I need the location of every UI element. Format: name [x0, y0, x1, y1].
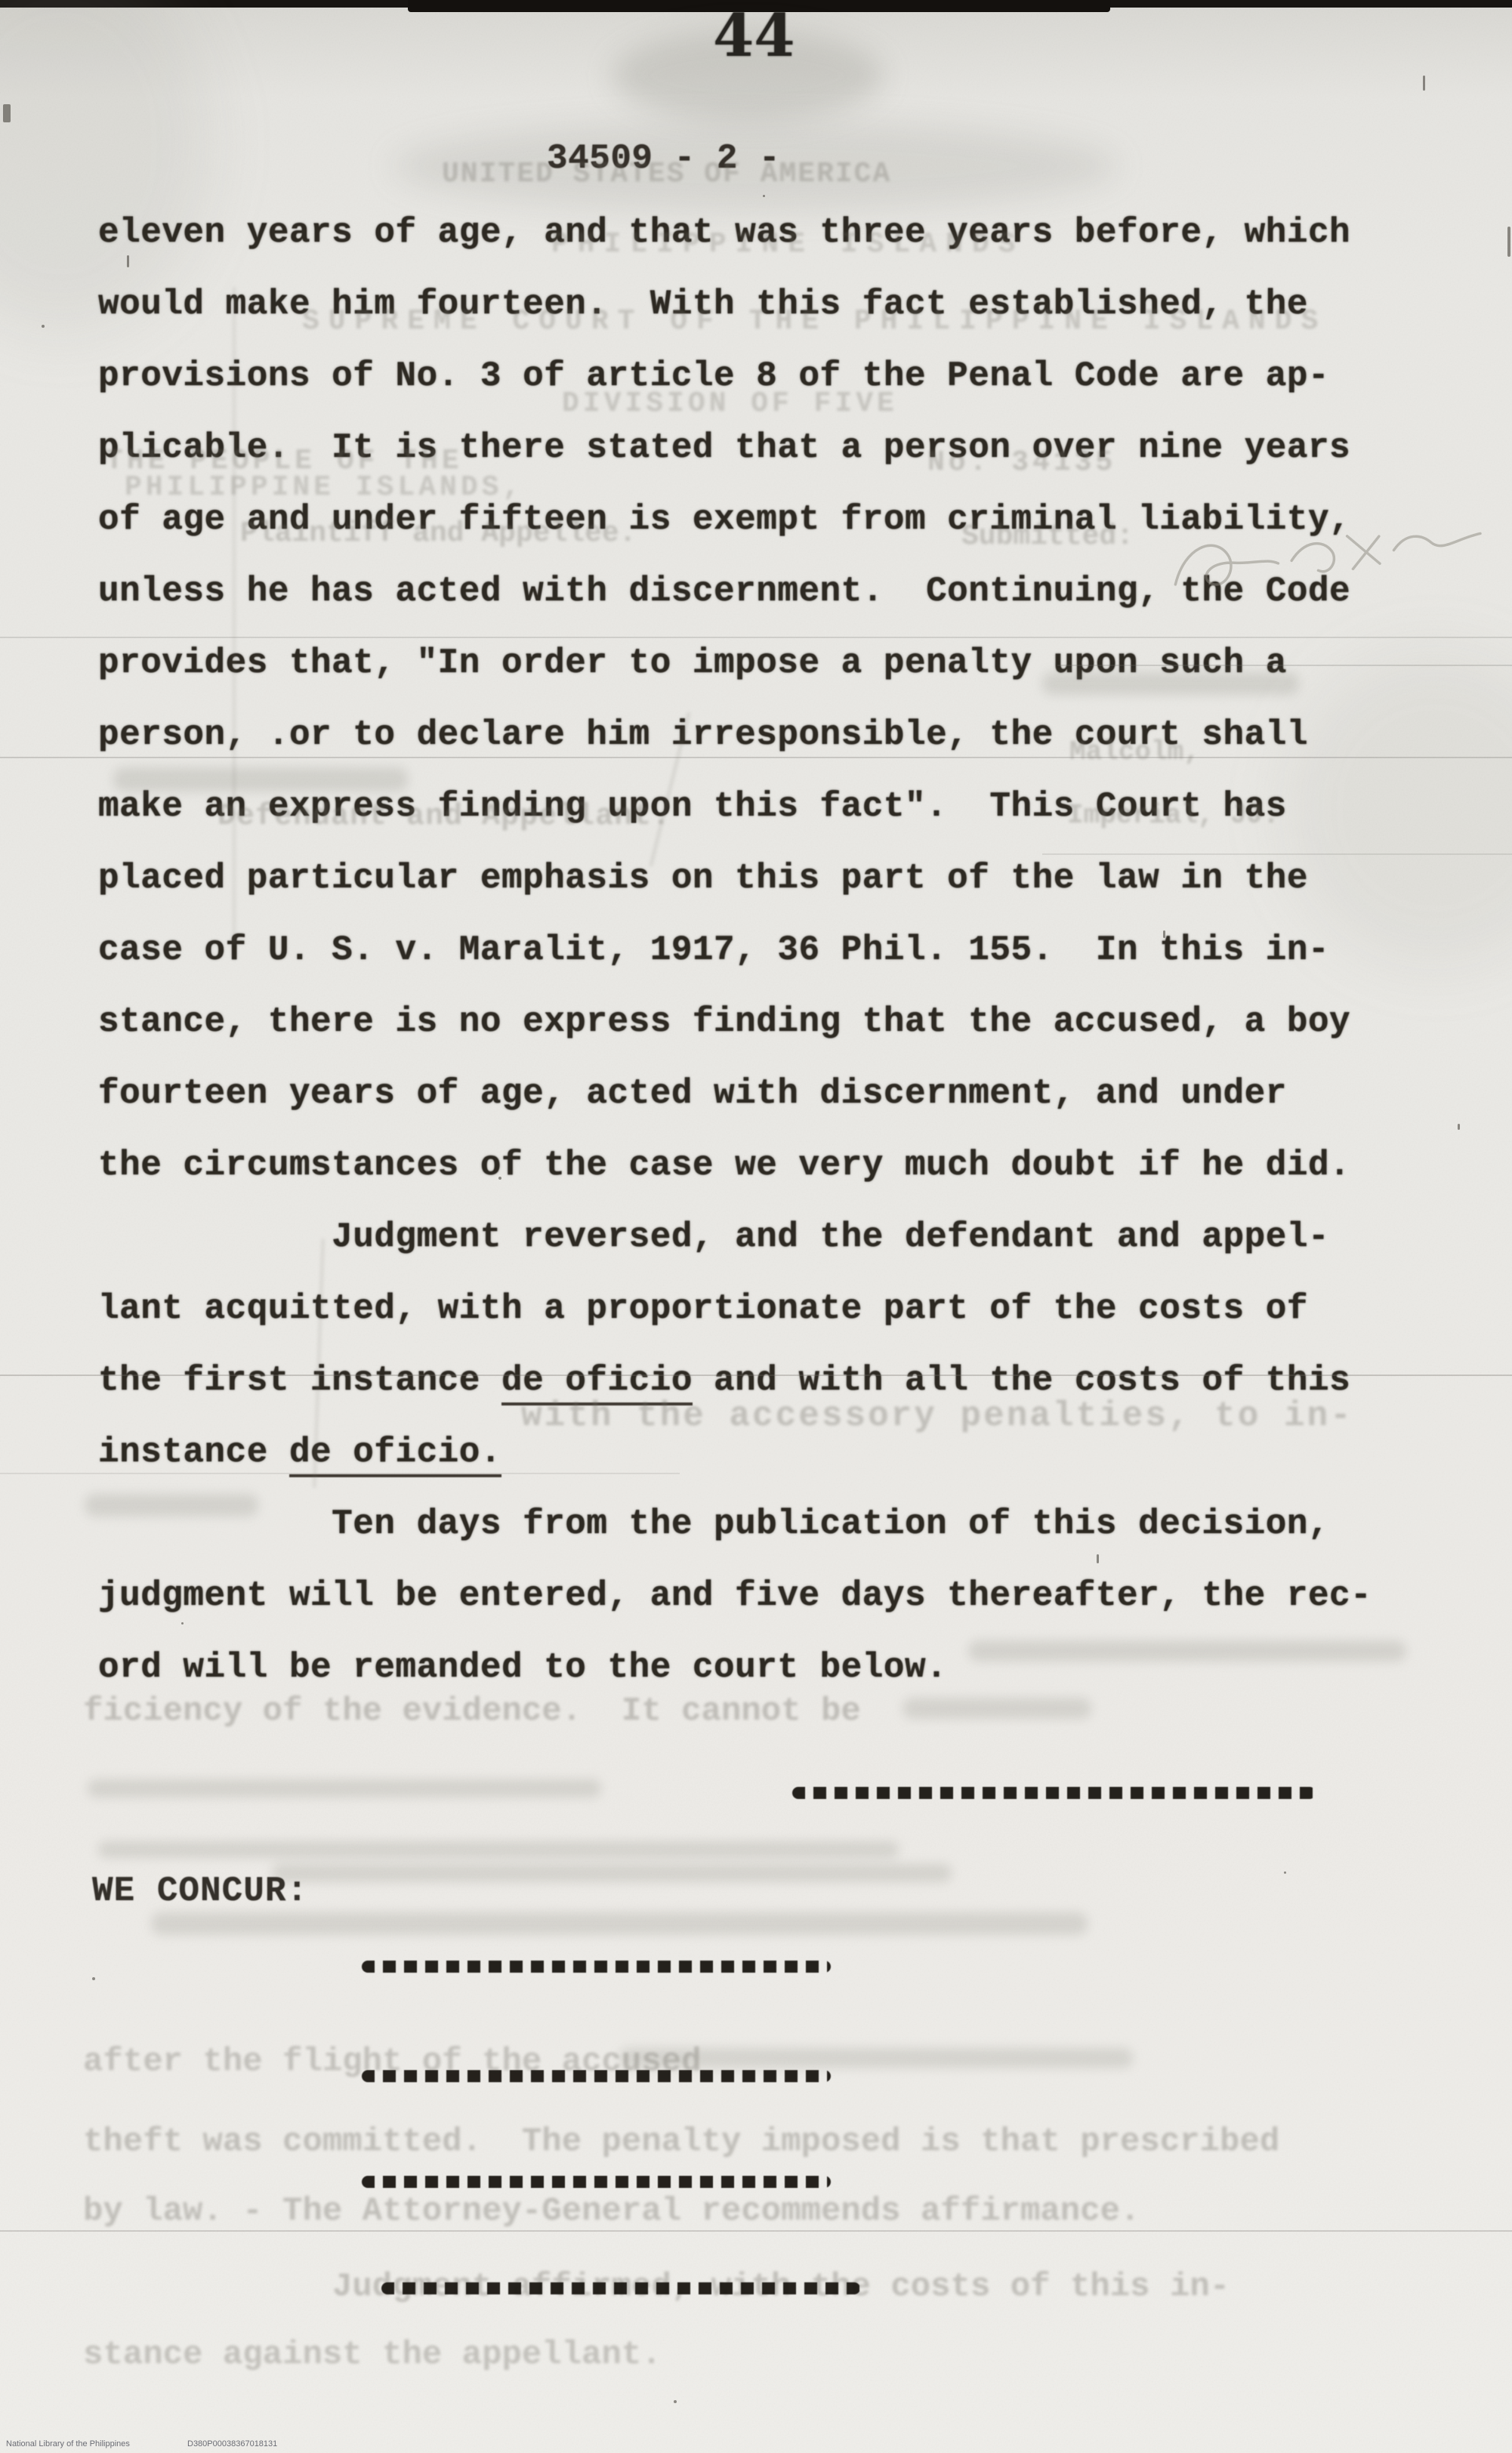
ghost-line: DIVISION OF FIVE — [562, 390, 898, 418]
ghost-smudge — [903, 1698, 1091, 1719]
ink-speck — [181, 1622, 184, 1625]
we-concur-label: WE CONCUR: — [92, 1871, 308, 1911]
ink-speck — [1507, 227, 1510, 257]
ink-speck — [498, 1177, 501, 1180]
ink-speck — [674, 2400, 677, 2403]
typed-dash-separator — [792, 1787, 1316, 1799]
ink-speck — [1284, 1871, 1286, 1874]
typed-line: stance, there is no express finding that… — [98, 1004, 1350, 1039]
ghost-line: PHILIPPINE ISLANDS — [551, 230, 1024, 259]
ghost-smudge — [88, 1779, 601, 1797]
underlined-phrase: de oficio. — [289, 1433, 501, 1477]
typed-line: placed particular emphasis on this part … — [98, 861, 1308, 896]
typed-dash-separator — [381, 2282, 860, 2294]
ghost-line: Defendant and Appellant. — [218, 802, 671, 832]
crease-line-horizontal — [1042, 853, 1512, 855]
ghost-smudge — [968, 1640, 1406, 1662]
corner-shading — [0, 0, 211, 332]
ghost-line: Malcolm, — [1069, 739, 1200, 766]
ink-speck — [763, 195, 765, 197]
typed-line: Judgment reversed, and the defendant and… — [98, 1220, 1329, 1254]
typed-line: the first instance de oficio and with al… — [98, 1363, 1350, 1398]
ink-speck — [92, 1977, 95, 1980]
ghost-smudge — [113, 767, 408, 791]
ghost-line: Imperial, JJ. — [1067, 802, 1279, 829]
ink-speck — [3, 104, 11, 122]
ghost-line: No. 34135 — [927, 449, 1116, 477]
ghost-line: Submitted: — [961, 523, 1134, 551]
ghost-line: with the accessory penalties, to in- — [521, 1399, 1353, 1433]
ink-speck — [42, 325, 45, 328]
typed-dash-separator — [362, 2070, 831, 2082]
ink-speck — [127, 255, 129, 267]
ghost-smudge — [85, 1494, 258, 1517]
typed-line: lant acquitted, with a proportionate par… — [98, 1291, 1308, 1326]
ink-speck — [1097, 1554, 1099, 1563]
page-number: 44 — [713, 2, 795, 70]
typed-line: unless he has acted with discernment. Co… — [98, 574, 1350, 609]
ghost-smudge — [98, 1841, 899, 1858]
ghost-line: ficiency of the evidence. It cannot be — [83, 1695, 861, 1728]
crease-line-horizontal — [0, 757, 1512, 758]
crease-line-horizontal — [0, 637, 1512, 638]
ghost-smudge — [272, 1864, 952, 1882]
typed-line: instance de oficio. — [98, 1435, 501, 1470]
typed-line: ord will be remanded to the court below. — [98, 1650, 947, 1685]
watermark-library: National Library of the Philippines — [6, 2439, 130, 2448]
ghost-line: stance against the appellant. — [83, 2338, 662, 2371]
ghost-line: PHILIPPINE ISLANDS, — [125, 474, 523, 502]
crease-line-horizontal — [0, 2230, 1512, 2232]
typed-line: Ten days from the publication of this de… — [98, 1507, 1329, 1541]
ink-speck — [1163, 930, 1165, 938]
typed-line: fourteen years of age, acted with discer… — [98, 1076, 1287, 1111]
ghost-smudge — [151, 1912, 1088, 1935]
ghost-smudge — [1042, 672, 1299, 695]
scanned-page: 44 34509 - 2 - eleven years of age, and … — [0, 0, 1512, 2453]
watermark-code: D380P00038367018131 — [187, 2439, 277, 2448]
edge-shading — [1284, 650, 1512, 967]
ink-speck — [1458, 1124, 1460, 1130]
typed-line: judgment will be entered, and five days … — [98, 1578, 1372, 1613]
ghost-line: SUPREME COURT OF THE PHILIPPINE ISLANDS — [302, 307, 1327, 336]
typed-dash-separator — [362, 1961, 831, 1973]
ink-speck — [1423, 76, 1425, 91]
ghost-line: Plaintiff and Appellee. — [240, 520, 637, 548]
typed-line: case of U. S. v. Maralit, 1917, 36 Phil.… — [98, 933, 1329, 967]
typed-dash-separator — [362, 2176, 831, 2188]
ghost-line: UNITED STATES OF AMERICA — [442, 160, 891, 189]
ghost-line: theft was committed. The penalty imposed… — [83, 2125, 1279, 2158]
ghost-smudge — [619, 2048, 1133, 2068]
typed-line: the circumstances of the case we very mu… — [98, 1148, 1350, 1183]
ghost-line: by law. - The Attorney-General recommend… — [83, 2195, 1140, 2228]
